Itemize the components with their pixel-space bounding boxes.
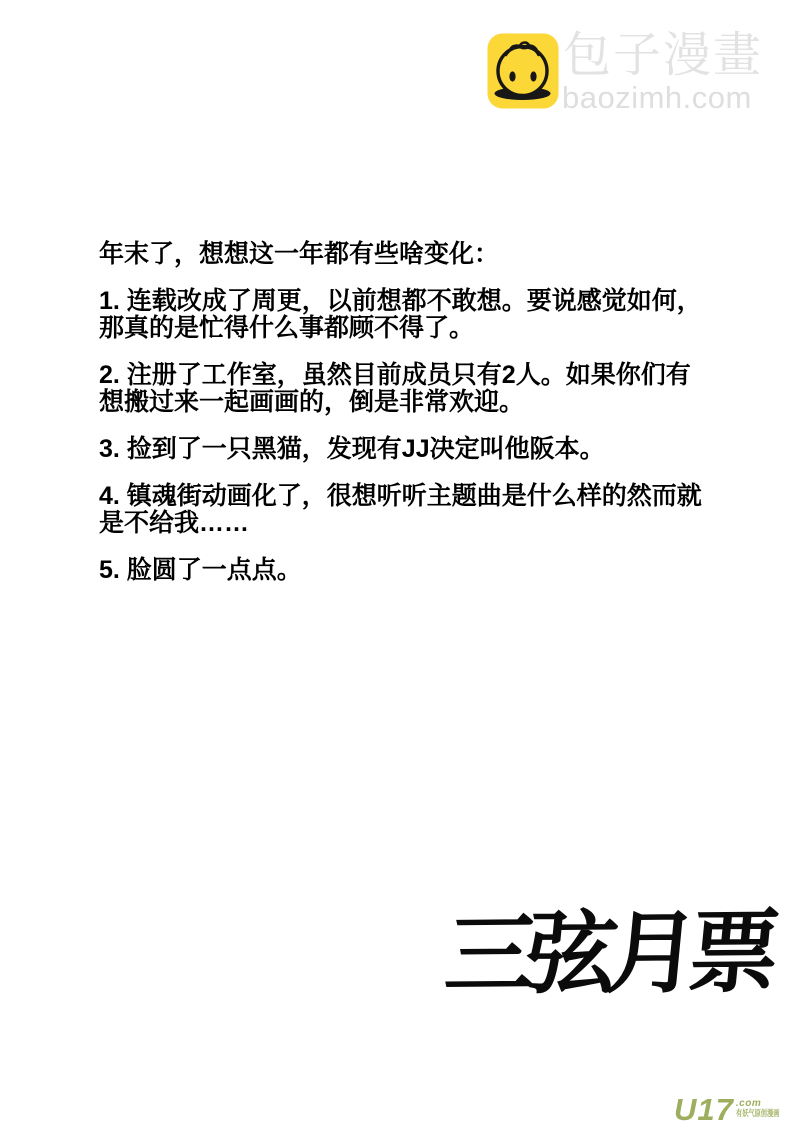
u17-watermark: U17 .com 有妖气原创漫画 xyxy=(674,1095,800,1125)
baozi-bun-icon xyxy=(487,33,559,109)
note-item-2: 2. 注册了工作室，虽然目前成员只有2人。如果你们有 想搬过来一起画画的，倒是非… xyxy=(99,362,759,416)
site-url: baozimh.com xyxy=(562,82,752,114)
site-name: 包子漫畫 xyxy=(563,30,763,82)
note-item-1: 1. 连载改成了周更，以前想都不敢想。要说感觉如何， 那真的是忙得什么事都顾不得… xyxy=(99,288,759,342)
author-notes: 年末了，想想这一年都有些啥变化： 1. 连载改成了周更，以前想都不敢想。要说感觉… xyxy=(99,241,759,604)
manga-page: 包子漫畫 baozimh.com 年末了，想想这一年都有些啥变化： 1. 连载改… xyxy=(0,0,800,1131)
note-item-5: 5. 脸圆了一点点。 xyxy=(99,557,759,584)
u17-tagline-text: 有妖气原创漫画 xyxy=(736,1109,779,1118)
notes-intro: 年末了，想想这一年都有些啥变化： xyxy=(99,241,759,268)
u17-logo-text: U17 xyxy=(674,1095,734,1125)
note-item-4: 4. 镇魂街动画化了，很想听听主题曲是什么样的然而就 是不给我…… xyxy=(99,483,759,537)
calligraphy-signature: 三弦月票 xyxy=(441,900,775,1007)
note-item-3: 3. 捡到了一只黑猫，发现有JJ决定叫他阪本。 xyxy=(99,436,759,463)
u17-domain-text: .com xyxy=(736,1099,800,1109)
